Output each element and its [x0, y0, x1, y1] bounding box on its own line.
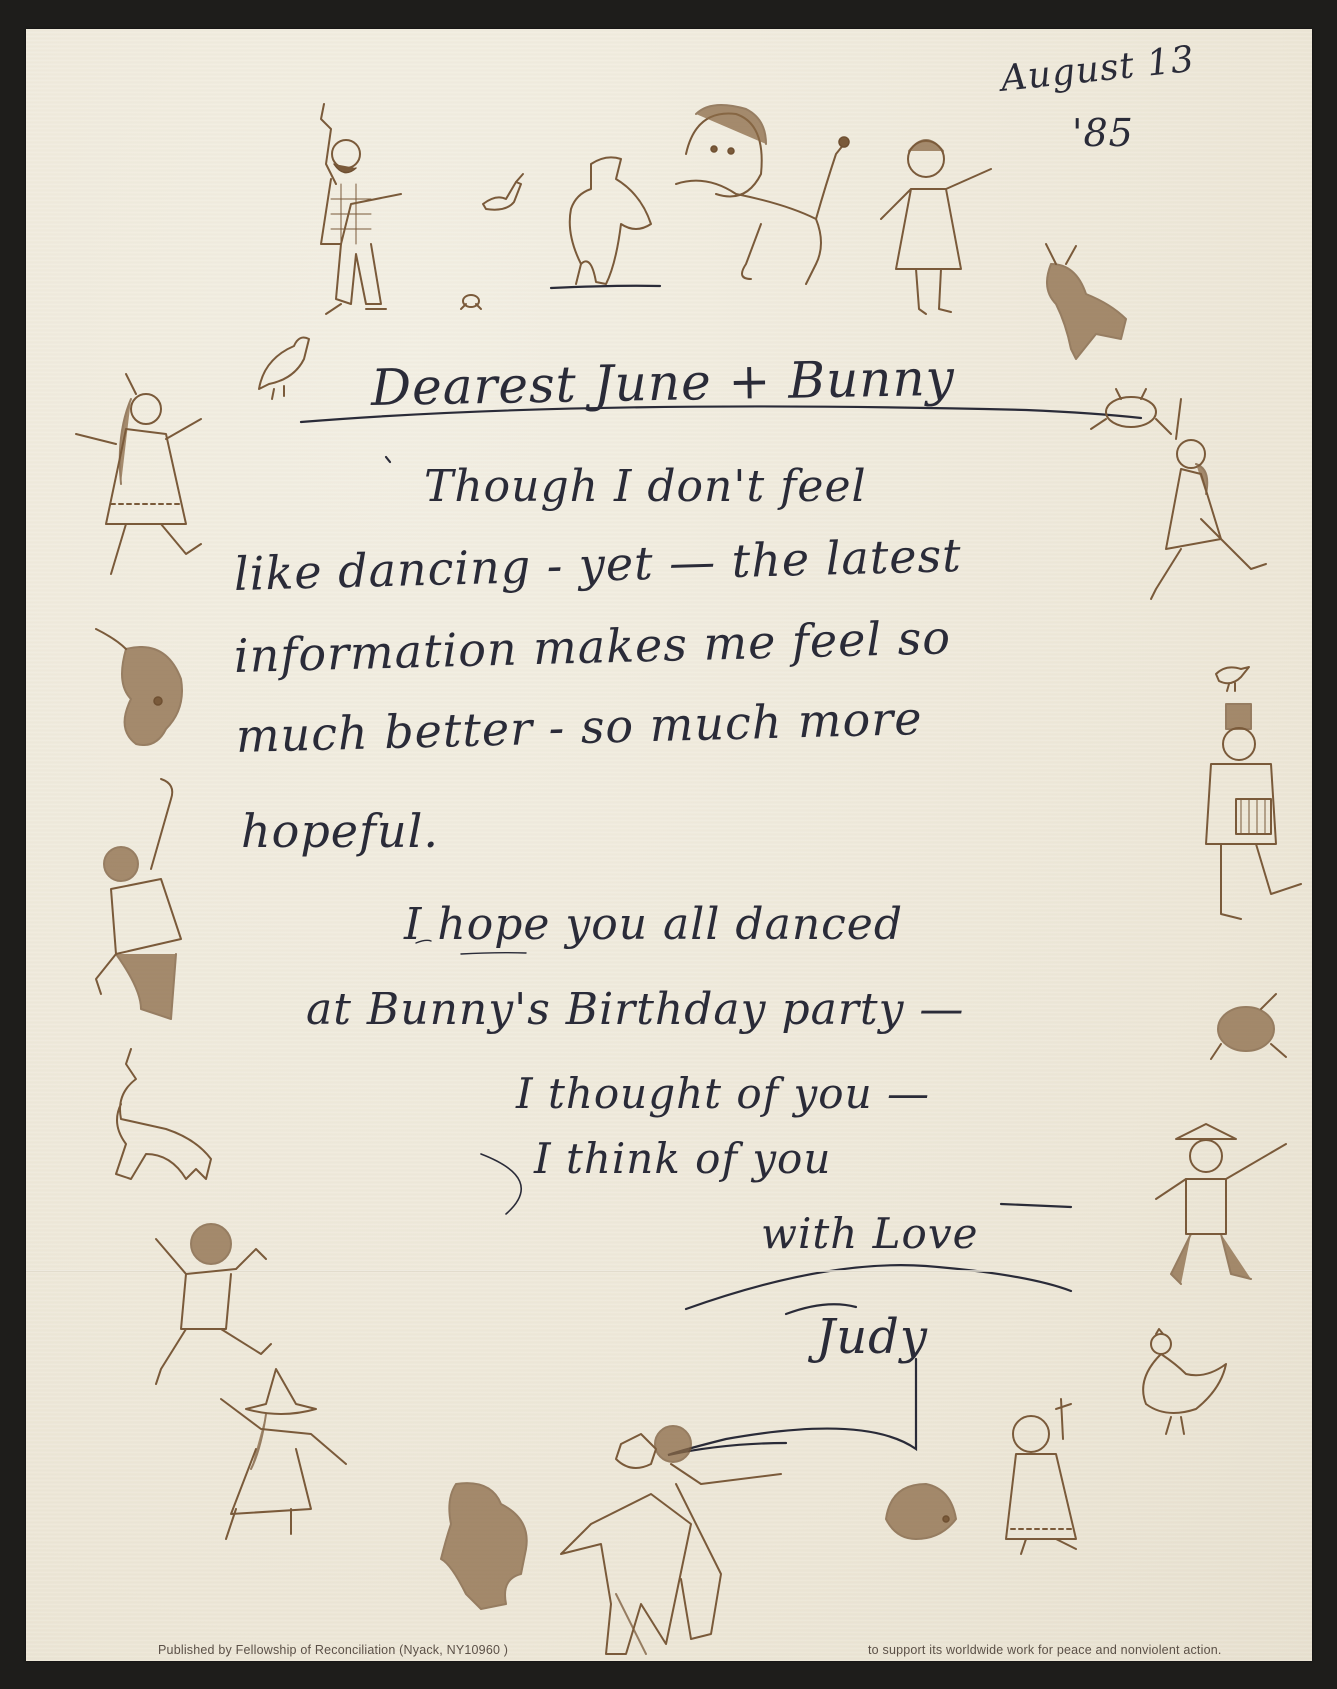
- letter-line: hopeful.: [241, 804, 439, 858]
- letter-line: Though I don't feel: [424, 461, 867, 512]
- letter-line: I thought of you —: [516, 1069, 930, 1118]
- beetle-icon: [456, 289, 486, 318]
- hen-icon: [1126, 1329, 1236, 1443]
- girl-in-sombrero-icon: [221, 1369, 371, 1543]
- lamb-icon: [561, 154, 671, 298]
- letter-paper: August 13 '85 Dearest June + Bunny Thoug…: [26, 29, 1312, 1661]
- accordion-man-icon: [1201, 704, 1311, 948]
- mission-statement: to support its worldwide work for peace …: [868, 1643, 1222, 1657]
- closing: with Love: [761, 1209, 978, 1258]
- rabbit-icon: [1036, 244, 1146, 378]
- date-line-1: August 13: [999, 39, 1197, 100]
- letter-line: like dancing - yet — the latest: [233, 528, 962, 601]
- hedgehog-icon: [881, 1479, 961, 1553]
- toad-icon: [1206, 989, 1291, 1068]
- boy-with-hat-icon: [1156, 1124, 1306, 1298]
- cat-icon: [86, 629, 196, 758]
- small-bird-icon: [1211, 659, 1251, 698]
- trumpet-boy-icon: [81, 779, 211, 1043]
- lion-icon: [666, 104, 866, 308]
- letter-line: I think of you: [534, 1134, 831, 1183]
- dove-icon: [481, 174, 526, 218]
- signature: Judy: [816, 1309, 928, 1365]
- letter-line: at Bunny's Birthday party —: [306, 984, 964, 1035]
- dancing-girl-icon: [881, 129, 1011, 333]
- date-line-2: '85: [1072, 111, 1134, 155]
- bird-icon: [254, 334, 319, 408]
- dancing-couple-icon: [561, 1424, 811, 1638]
- publisher-credit: Published by Fellowship of Reconciliatio…: [158, 1643, 508, 1657]
- letter-line: much better - so much more: [235, 691, 923, 763]
- bear-icon: [431, 1479, 541, 1623]
- dog-icon: [86, 1049, 226, 1188]
- girl-with-flower-icon: [1001, 1399, 1111, 1558]
- letter-line: information makes me feel so: [233, 610, 951, 683]
- salutation: Dearest June + Bunny: [370, 349, 955, 417]
- girl-with-headscarf-icon: [76, 374, 226, 593]
- letter-line: I hope you all danced: [404, 899, 903, 950]
- girl-with-pigtails-icon: [1151, 399, 1301, 633]
- dancing-bearded-man-icon: [296, 104, 426, 348]
